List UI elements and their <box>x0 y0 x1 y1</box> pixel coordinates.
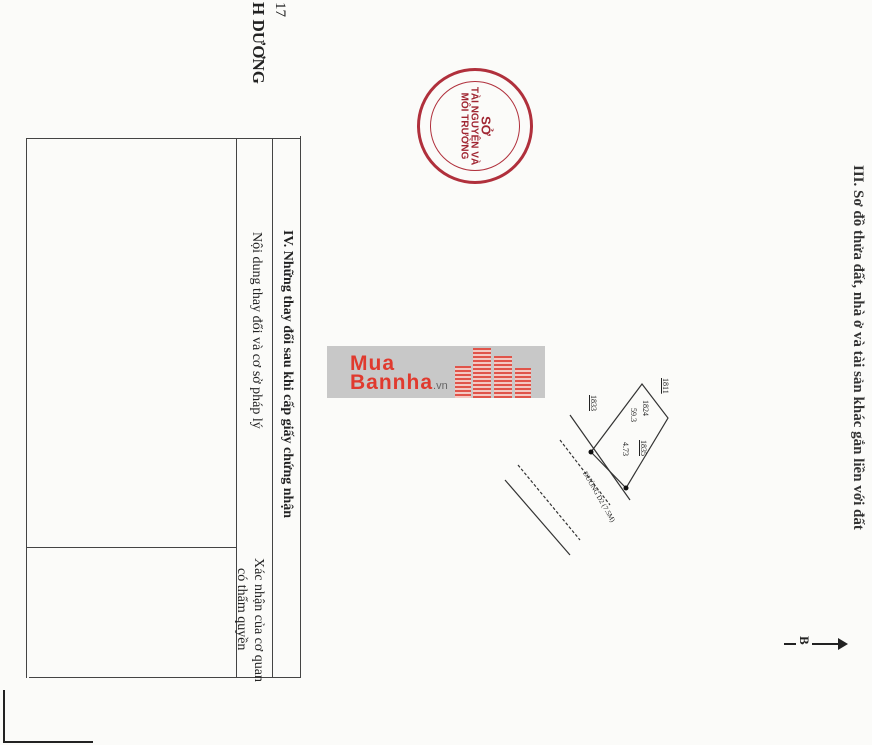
plot-sketch <box>490 370 670 560</box>
north-arrow-line <box>784 643 844 645</box>
section-iv-title: IV. Những thay đổi sau khi cấp giấy chứn… <box>279 230 295 518</box>
arrow-right-icon <box>838 638 848 650</box>
col-header-approval-line1: Xác nhận của cơ quan <box>250 558 266 682</box>
col-header-approval-line2: có thẩm quyền <box>233 568 249 650</box>
province-header: H DƯƠNG <box>248 2 268 84</box>
official-stamp: SỞ TÀI NGUYÊN VÀ MÔI TRƯỜNG <box>417 68 533 184</box>
parcel-width: 4.73 <box>621 442 630 456</box>
parcel-area: 59.3 <box>629 408 638 422</box>
page-number: 17 <box>271 2 288 17</box>
parcel-id: 1824 <box>641 400 650 416</box>
watermark-line2: Bannha <box>350 371 433 394</box>
section-iii-title: III. Sơ đồ thửa đất, nhà ở và tài sản kh… <box>849 165 866 530</box>
stamp-center-text: SỞ TÀI NGUYÊN VÀ MÔI TRƯỜNG <box>458 87 493 165</box>
parcel-label-1835: 1835 <box>639 440 648 456</box>
parcel-label-1833: 1833 <box>589 395 598 411</box>
direction-label: B <box>796 636 812 645</box>
watermark-suffix: .vn <box>433 380 448 392</box>
col-header-changes: Nội dung thay đổi và cơ sở pháp lý <box>248 232 264 429</box>
parcel-label-1811: 1811 <box>661 378 670 394</box>
